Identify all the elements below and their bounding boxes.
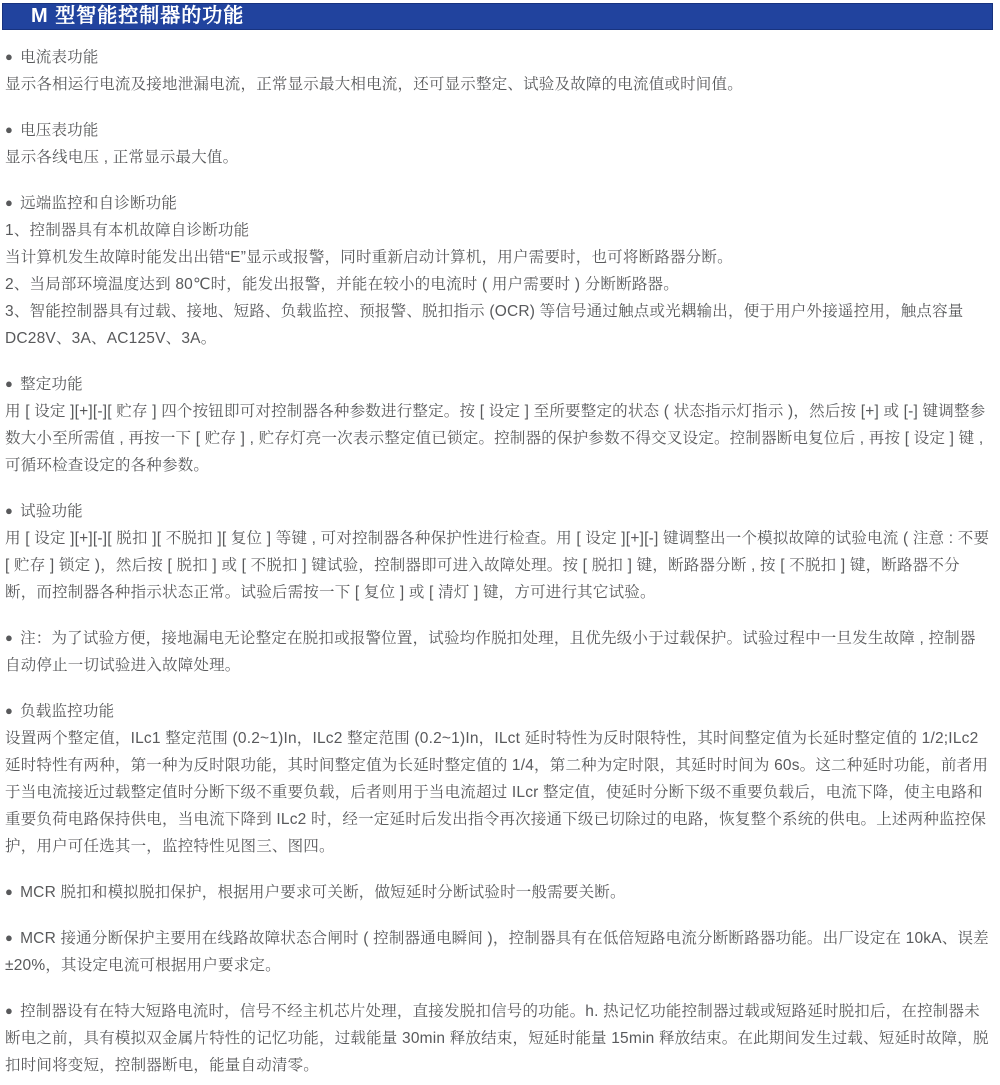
section-test: ●试验功能 用 [ 设定 ][+][-][ 脱扣 ][ 不脱扣 ][ 复位 ] …: [5, 498, 990, 606]
paragraph-text: MCR 接通分断保护主要用在线路故障状态合闸时 ( 控制器通电瞬间 )，控制器具…: [5, 930, 989, 974]
numbered-item: 2、当局部环境温度达到 80℃时，能发出报警，并能在较小的电流时 ( 用户需要时…: [5, 271, 990, 298]
section-heading-text: 电流表功能: [20, 49, 99, 66]
section-heading-text: 负载监控功能: [20, 703, 114, 720]
section-body: 显示各相运行电流及接地泄漏电流，正常显示最大相电流，还可显示整定、试验及故障的电…: [5, 71, 990, 98]
section-heading-text: 电压表功能: [20, 122, 99, 139]
section-heading: ●远端监控和自诊断功能: [5, 190, 990, 217]
section-setting: ●整定功能 用 [ 设定 ][+][-][ 贮存 ] 四个按钮即可对控制器各种参…: [5, 371, 990, 479]
note-text: 注：为了试验方便，接地漏电无论整定在脱扣或报警位置，试验均作脱扣处理，且优先级小…: [5, 630, 976, 674]
page-title: M 型智能控制器的功能: [31, 6, 244, 28]
numbered-item: 1、控制器具有本机故障自诊断功能: [5, 217, 990, 244]
bullet-icon: ●: [5, 195, 13, 210]
bullet-icon: ●: [5, 376, 13, 391]
bullet-icon: ●: [5, 122, 13, 137]
numbered-item: 3、智能控制器具有过载、接地、短路、负载监控、预报警、脱扣指示 (OCR) 等信…: [5, 298, 990, 352]
bullet-icon: ●: [5, 503, 13, 518]
bullet-icon: ●: [5, 49, 13, 64]
bullet-icon: ●: [5, 884, 13, 899]
section-voltmeter: ●电压表功能 显示各线电压 , 正常显示最大值。: [5, 117, 990, 171]
section-heading-text: 整定功能: [20, 376, 83, 393]
section-body: 设置两个整定值，ILc1 整定范围 (0.2~1)In，ILc2 整定范围 (0…: [5, 725, 990, 860]
section-body: 用 [ 设定 ][+][-][ 贮存 ] 四个按钮即可对控制器各种参数进行整定。…: [5, 398, 990, 479]
title-bar: M 型智能控制器的功能: [2, 3, 993, 30]
document-body: ●电流表功能 显示各相运行电流及接地泄漏电流，正常显示最大相电流，还可显示整定、…: [0, 30, 1000, 1079]
note-paragraph: ●注：为了试验方便，接地漏电无论整定在脱扣或报警位置，试验均作脱扣处理，且优先级…: [5, 625, 990, 679]
section-heading: ●电压表功能: [5, 117, 990, 144]
mcr-closing-protection-paragraph: ●MCR 接通分断保护主要用在线路故障状态合闸时 ( 控制器通电瞬间 )，控制器…: [5, 925, 990, 979]
section-heading: ●负载监控功能: [5, 698, 990, 725]
section-load-monitoring: ●负载监控功能 设置两个整定值，ILc1 整定范围 (0.2~1)In，ILc2…: [5, 698, 990, 860]
section-body: 用 [ 设定 ][+][-][ 脱扣 ][ 不脱扣 ][ 复位 ] 等键 , 可…: [5, 525, 990, 606]
paragraph-text: 控制器设有在特大短路电流时，信号不经主机芯片处理，直接发脱扣信号的功能。h. 热…: [5, 1003, 989, 1074]
section-heading-text: 远端监控和自诊断功能: [20, 195, 177, 212]
section-heading: ●整定功能: [5, 371, 990, 398]
section-remote-monitoring: ●远端监控和自诊断功能 1、控制器具有本机故障自诊断功能 当计算机发生故障时能发…: [5, 190, 990, 352]
section-body: 显示各线电压 , 正常显示最大值。: [5, 144, 990, 171]
bullet-icon: ●: [5, 1003, 13, 1018]
thermal-memory-paragraph: ●控制器设有在特大短路电流时，信号不经主机芯片处理，直接发脱扣信号的功能。h. …: [5, 998, 990, 1079]
section-heading: ●试验功能: [5, 498, 990, 525]
section-heading-text: 试验功能: [20, 503, 83, 520]
section-ammeter: ●电流表功能 显示各相运行电流及接地泄漏电流，正常显示最大相电流，还可显示整定、…: [5, 44, 990, 98]
item-detail: 当计算机发生故障时能发出出错“E”显示或报警，同时重新启动计算机，用户需要时，也…: [5, 244, 990, 271]
bullet-icon: ●: [5, 930, 13, 945]
mcr-trip-paragraph: ●MCR 脱扣和模拟脱扣保护，根据用户要求可关断，做短延时分断试验时一般需要关断…: [5, 879, 990, 906]
bullet-icon: ●: [5, 703, 13, 718]
section-heading: ●电流表功能: [5, 44, 990, 71]
bullet-icon: ●: [5, 630, 13, 645]
paragraph-text: MCR 脱扣和模拟脱扣保护，根据用户要求可关断，做短延时分断试验时一般需要关断。: [20, 884, 626, 901]
